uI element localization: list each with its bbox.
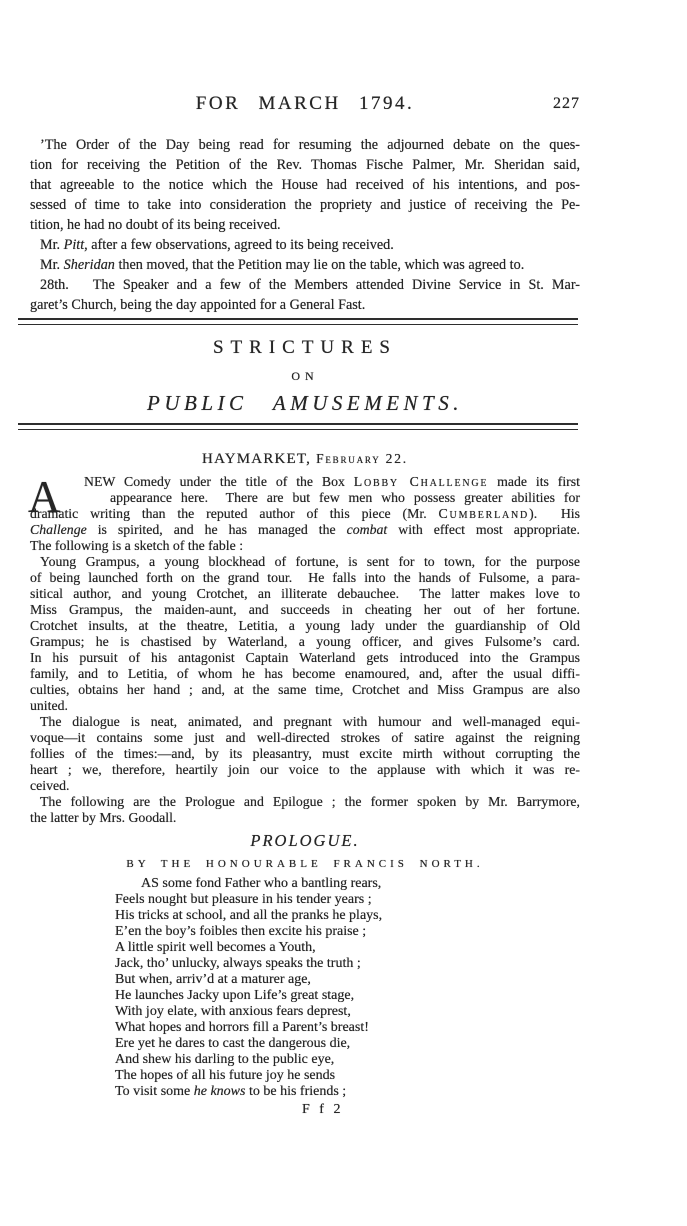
text-line: And shew his darling to the public eye, bbox=[115, 1052, 580, 1068]
text-line: A little spirit well becomes a Youth, bbox=[115, 940, 580, 956]
prologue-byline: BY THE HONOURABLE FRANCIS NORTH. bbox=[30, 858, 580, 870]
text-line: garet’s Church, being the day appointed … bbox=[30, 295, 580, 315]
text-line: Mr. Sheridan then moved, that the Petiti… bbox=[30, 255, 580, 275]
dateline-haymarket: HAYMARKET, February 22. bbox=[30, 450, 580, 468]
signature-mark: F f 2 bbox=[302, 1102, 580, 1118]
text-line: In his pursuit of his antagonist Captain… bbox=[30, 650, 580, 666]
text-line: The following is a sketch of the fable : bbox=[30, 538, 580, 554]
text-line: ceived. bbox=[30, 778, 580, 794]
paragraph-order-of-day: ’The Order of the Day being read for res… bbox=[30, 135, 580, 235]
text-line: The dialogue is neat, animated, and preg… bbox=[30, 714, 580, 730]
text-column: FOR MARCH 1794. 227 ’The Order of the Da… bbox=[30, 0, 580, 1118]
section-divider-rule-top bbox=[18, 318, 578, 325]
scanned-document-page: FOR MARCH 1794. 227 ’The Order of the Da… bbox=[0, 0, 687, 1226]
text-line: Feels nought but pleasure in his tender … bbox=[115, 892, 580, 908]
prologue-verse: AS some fond Father who a bantling rears… bbox=[115, 876, 580, 1100]
text-line: that agreeable to the notice which the H… bbox=[30, 175, 580, 195]
paragraph-prologue-announcement: The following are the Prologue and Epilo… bbox=[30, 794, 580, 826]
text-line: To visit some he knows to be his friends… bbox=[115, 1084, 580, 1100]
text-line: He launches Jacky upon Life’s great stag… bbox=[115, 988, 580, 1004]
paragraph-mr-pitt: Mr. Pitt, after a few observations, agre… bbox=[30, 235, 580, 255]
text-line: With joy elate, with anxious fears depre… bbox=[115, 1004, 580, 1020]
text-line: culties, obtains her hand ; and, at the … bbox=[30, 682, 580, 698]
text-line: tition, he had no doubt of its being rec… bbox=[30, 215, 580, 235]
text-line: Crotchet insults, at the theatre, Letiti… bbox=[30, 618, 580, 634]
text-line: the latter by Mrs. Goodall. bbox=[30, 810, 580, 826]
drop-cap-initial: A bbox=[28, 477, 61, 517]
running-head: FOR MARCH 1794. 227 bbox=[30, 93, 580, 117]
text-line: The following are the Prologue and Epilo… bbox=[30, 794, 580, 810]
text-line: follies of the times:—and, by its pleasa… bbox=[30, 746, 580, 762]
text-line: appearance here. There are but few men w… bbox=[30, 490, 580, 506]
text-line: tion for receiving the Petition of the R… bbox=[30, 155, 580, 175]
text-line: Ere yet he dares to cast the dangerous d… bbox=[115, 1036, 580, 1052]
text-line: family, and to Letitia, of whom he has b… bbox=[30, 666, 580, 682]
text-line: The hopes of all his future joy he sends bbox=[115, 1068, 580, 1084]
text-line: Challenge is spirited, and he has manage… bbox=[30, 522, 580, 538]
text-line: Jack, tho’ unlucky, always speaks the tr… bbox=[115, 956, 580, 972]
text-line: Mr. Pitt, after a few observations, agre… bbox=[30, 235, 580, 255]
section-title-strictures: STRICTURES bbox=[30, 338, 580, 358]
section-title-public-amusements: PUBLIC AMUSEMENTS. bbox=[30, 391, 580, 415]
text-line: of being launched forth on the grand tou… bbox=[30, 570, 580, 586]
paragraph-general-fast: 28th. The Speaker and a few of the Membe… bbox=[30, 275, 580, 315]
paragraph-dialogue-review: The dialogue is neat, animated, and preg… bbox=[30, 714, 580, 794]
text-line: Grampus; he is chastised by Waterland, a… bbox=[30, 634, 580, 650]
text-line: NEW Comedy under the title of the Box Lo… bbox=[30, 474, 580, 490]
text-line: Miss Grampus, the maiden-aunt, and succe… bbox=[30, 602, 580, 618]
section-divider-rule-bottom bbox=[18, 423, 578, 430]
section-title-on: ON bbox=[30, 370, 580, 383]
text-line: E’en the boy’s foibles then excite his p… bbox=[115, 924, 580, 940]
text-line: His tricks at school, and all the pranks… bbox=[115, 908, 580, 924]
text-line: 28th. The Speaker and a few of the Membe… bbox=[30, 275, 580, 295]
text-line: heart ; we, therefore, heartily join our… bbox=[30, 762, 580, 778]
text-line: united. bbox=[30, 698, 580, 714]
text-line: AS some fond Father who a bantling rears… bbox=[115, 876, 580, 892]
prologue-heading: PROLOGUE. bbox=[30, 832, 580, 850]
text-line: voque—it contains some just and well-dir… bbox=[30, 730, 580, 746]
text-line: ’The Order of the Day being read for res… bbox=[30, 135, 580, 155]
page-title: FOR MARCH 1794. bbox=[196, 93, 414, 114]
paragraph-mr-sheridan: Mr. Sheridan then moved, that the Petiti… bbox=[30, 255, 580, 275]
text-line: dramatic writing than the reputed author… bbox=[30, 506, 580, 522]
text-line: Young Grampus, a young blockhead of fort… bbox=[30, 554, 580, 570]
paragraph-fable-sketch: Young Grampus, a young blockhead of fort… bbox=[30, 554, 580, 714]
text-line: What hopes and horrors fill a Parent’s b… bbox=[115, 1020, 580, 1036]
text-line: sitical author, and young Crotchet, an i… bbox=[30, 586, 580, 602]
paragraph-new-comedy: A NEW Comedy under the title of the Box … bbox=[30, 474, 580, 554]
text-line: sessed of time to take into consideratio… bbox=[30, 195, 580, 215]
page-number: 227 bbox=[553, 95, 580, 113]
text-line: But when, arriv’d at a maturer age, bbox=[115, 972, 580, 988]
